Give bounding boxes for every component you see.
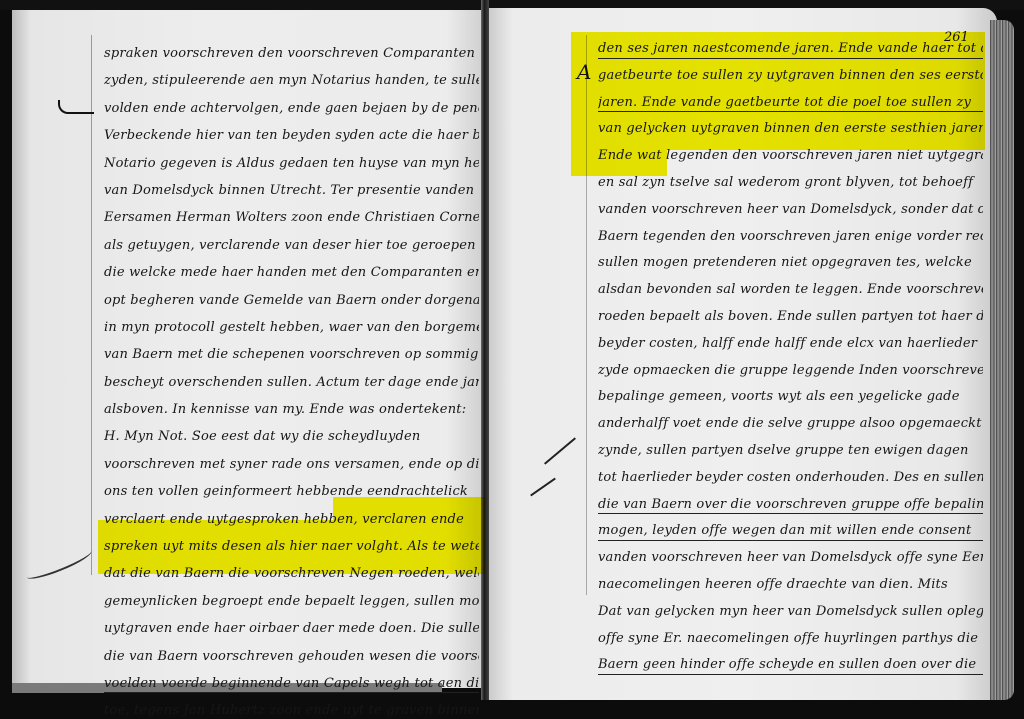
text-line: naecomelingen heeren offe draechte van d… [598, 572, 983, 599]
text-line: Notario gegeven is Aldus gedaen ten huys… [104, 150, 479, 177]
text-line: zyde opmaecken die gruppe leggende Inden… [598, 358, 983, 385]
right-margin-letter-mark: A [577, 60, 591, 84]
text-line: H. Myn Not. Soe eest dat wy die scheydlu… [104, 423, 479, 450]
text-line-highlighted: Ende wat legenden den voorschreven jaren… [598, 143, 983, 170]
text-line: tot haerlieder beyder costen onderhouden… [598, 465, 983, 492]
text-line: spraken voorschreven den voorschreven Co… [104, 40, 479, 67]
text-line: ons ten vollen geinformeert hebbende een… [104, 478, 479, 505]
text-line: verclaert ende uytgesproken hebben, verc… [104, 506, 479, 533]
text-line: voorschreven met syner rade ons versamen… [104, 451, 479, 478]
text-line-highlighted: van gelycken uytgraven binnen den eerste… [598, 116, 983, 143]
text-line-highlighted: jaren. Ende vande gaetbeurte tot die poe… [598, 90, 983, 117]
text-line: offe syne Er. naecomelingen offe huyrlin… [598, 626, 983, 653]
text-line: zyden, stipuleerende aen myn Notarius ha… [104, 67, 479, 94]
text-line: die van Baern over die voorschreven grup… [598, 492, 983, 519]
text-line: vanden voorschreven heer van Domelsdyck … [598, 545, 983, 572]
text-line: in myn protocoll gestelt hebben, waer va… [104, 314, 479, 341]
text-line: alsboven. In kennisse van my. Ende was o… [104, 396, 479, 423]
left-page-text: spraken voorschreven den voorschreven Co… [104, 40, 479, 719]
left-margin-rule [91, 35, 92, 575]
text-line: alsdan bevonden sal worden te leggen. En… [598, 277, 983, 304]
text-line-highlighted: voelden voerde beginnende van Capels weg… [104, 670, 479, 697]
text-line-highlighted: toe, tegens Jan Hubertz zoon ende uyt te… [104, 697, 479, 719]
text-line: als getuygen, verclarende van deser hier… [104, 232, 479, 259]
text-line: vanden voorschreven heer van Domelsdyck,… [598, 197, 983, 224]
text-line: dat die van Baern die voorschreven Negen… [104, 560, 479, 587]
text-line: Eersamen Herman Wolters zoon ende Christ… [104, 204, 479, 231]
text-line: sullen mogen pretenderen niet opgegraven… [598, 250, 983, 277]
text-line: uytgraven ende haer oirbaer daer mede do… [104, 615, 479, 642]
text-line: bescheyt overschenden sullen. Actum ter … [104, 369, 479, 396]
text-line: van Baern met die schepenen voorschreven… [104, 341, 479, 368]
text-line: Baern tegenden den voorschreven jaren en… [598, 224, 983, 251]
text-line: volden ende achtervolgen, ende gaen beja… [104, 95, 479, 122]
text-line: Verbeckende hier van ten beyden syden ac… [104, 122, 479, 149]
text-line: die welcke mede haer handen met den Comp… [104, 259, 479, 286]
text-line-highlighted: gaetbeurte toe sullen zy uytgraven binne… [598, 63, 983, 90]
text-line: anderhalff voet ende die selve gruppe al… [598, 411, 983, 438]
text-line: van Domelsdyck binnen Utrecht. Ter prese… [104, 177, 479, 204]
text-line: bepalinge gemeen, voorts wyt als een yeg… [598, 384, 983, 411]
text-line: beyder costen, halff ende halff ende elc… [598, 331, 983, 358]
book-gutter [481, 0, 489, 700]
text-line-partial-highlight: en sal zyn tselve sal wederom gront blyv… [598, 170, 983, 197]
text-line: roeden bepaelt als boven. Ende sullen pa… [598, 304, 983, 331]
text-line: gemeynlicken begroept ende bepaelt legge… [104, 588, 479, 615]
text-line: opt begheren vande Gemelde van Baern ond… [104, 287, 479, 314]
text-line: Dat van gelycken myn heer van Domelsdyck… [598, 599, 983, 626]
text-line-highlighted: die van Baern voorschreven gehouden wese… [104, 643, 479, 670]
left-margin-bracket-mark [58, 100, 94, 114]
right-page-text: den ses jaren naestcomende jaren. Ende v… [598, 36, 983, 679]
text-line-highlighted: den ses jaren naestcomende jaren. Ende v… [598, 36, 983, 63]
text-line: zynde, sullen partyen dselve gruppe ten … [598, 438, 983, 465]
text-line: mogen, leyden offe wegen dan mit willen … [598, 518, 983, 545]
text-line: Baern geen hinder offe scheyde en sullen… [598, 652, 983, 679]
book-fore-edge [990, 20, 1014, 700]
text-line: spreken uyt mits desen als hier naer vol… [104, 533, 479, 560]
